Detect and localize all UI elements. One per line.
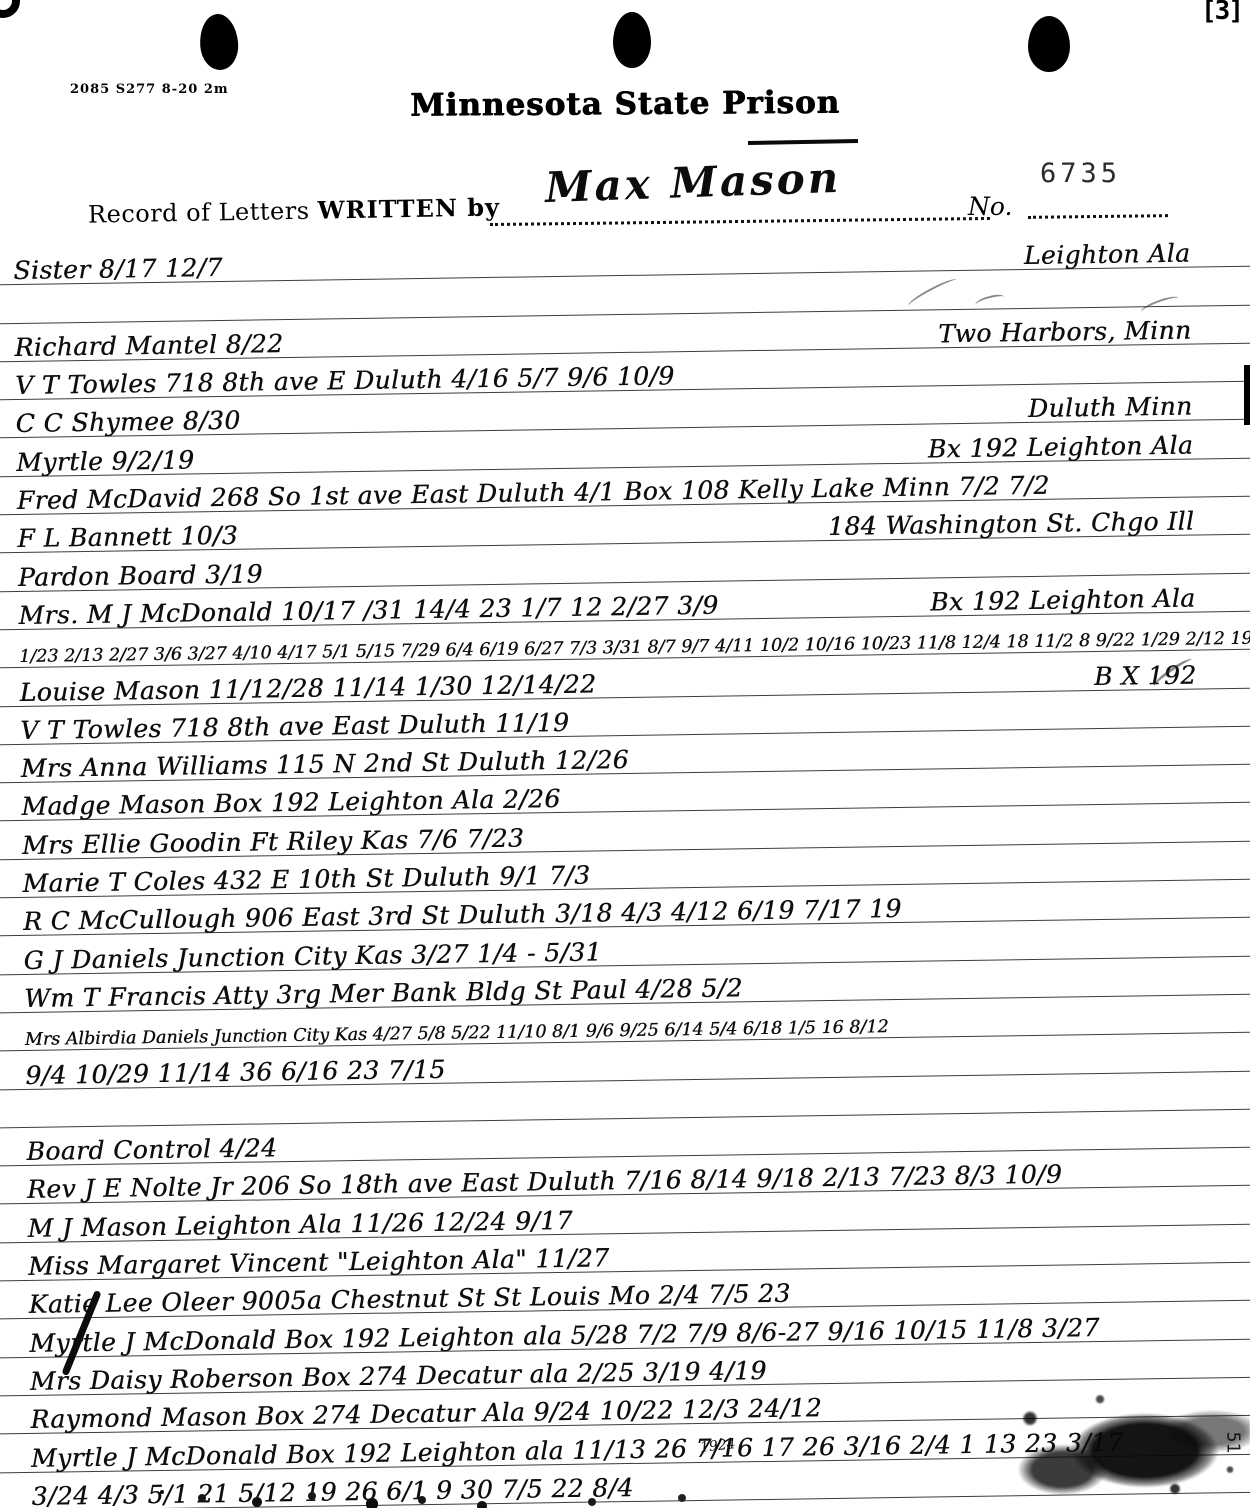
no-label: No. (968, 192, 1012, 221)
entry-text: Sister 8/17 12/7 (13, 255, 223, 283)
record-of-letters-text: Record of Letters (88, 197, 310, 229)
title-rule-divider (748, 139, 858, 145)
record-label: Record of Letters WRITTEN by (88, 192, 500, 228)
entry-location: Bx 192 Leighton Ala (928, 432, 1194, 461)
scan-edge-artifact (1244, 365, 1250, 425)
prisoner-name: Max Mason (544, 153, 842, 212)
record-header-line: Record of Letters WRITTEN by Max Mason N… (0, 150, 1250, 240)
entry-text: F L Bannett 10/3 (17, 523, 238, 551)
punch-hole-icon (1028, 16, 1070, 72)
punch-hole-icon (613, 12, 651, 68)
entry-text: Richard Mantel 8/22 (14, 331, 283, 360)
entry-text: Mrs Ellie Goodin Ft Riley Kas 7/6 7/23 (22, 825, 525, 857)
punch-hole-icon (198, 13, 240, 72)
entry-text: Myrtle 9/2/19 (16, 447, 194, 475)
entry-text: V T Towles 718 8th ave East Duluth 11/19 (20, 710, 569, 743)
entry-location: 184 Washington St. Chgo Ill (828, 509, 1195, 539)
ledger-entries: Sister 8/17 12/7 Leighton Ala Richard Ma… (0, 228, 1250, 1508)
entry-text: C C Shymee 8/30 (15, 408, 240, 436)
corner-smudge-mark (0, 0, 20, 18)
name-dotted-line (490, 217, 990, 226)
scanned-document: [3] 2085 S277 8-20 2m Minnesota State Pr… (0, 0, 1250, 1508)
entry-text: Pardon Board 3/19 (18, 561, 263, 590)
entry-text: 9/4 10/29 11/14 36 6/16 23 7/15 (25, 1056, 446, 1087)
entry-text: 3/24 4/3 5/1 21 5/12 19 26 6/1 9 30 7/5 … (31, 1475, 633, 1508)
document-title: Minnesota State Prison (0, 82, 1250, 127)
entry-text: Board Control 4/24 (26, 1135, 277, 1164)
page-number-tag: [3] (1201, 0, 1242, 26)
ink-stain (1000, 1380, 1250, 1508)
scan-speckles (160, 1490, 164, 1494)
entry-location: Duluth Minn (1028, 394, 1193, 421)
entry-location: Bx 192 Leighton Ala (930, 586, 1196, 615)
written-by-text: WRITTEN by (317, 192, 500, 224)
entry-text: M J Mason Leighton Ala 11/26 12/24 9/17 (27, 1208, 573, 1241)
prisoner-number: 6735 (1040, 158, 1121, 189)
entry-location: Two Harbors, Minn (938, 317, 1192, 346)
number-dotted-line (1028, 214, 1168, 219)
entry-location: Leighton Ala (1024, 241, 1191, 268)
